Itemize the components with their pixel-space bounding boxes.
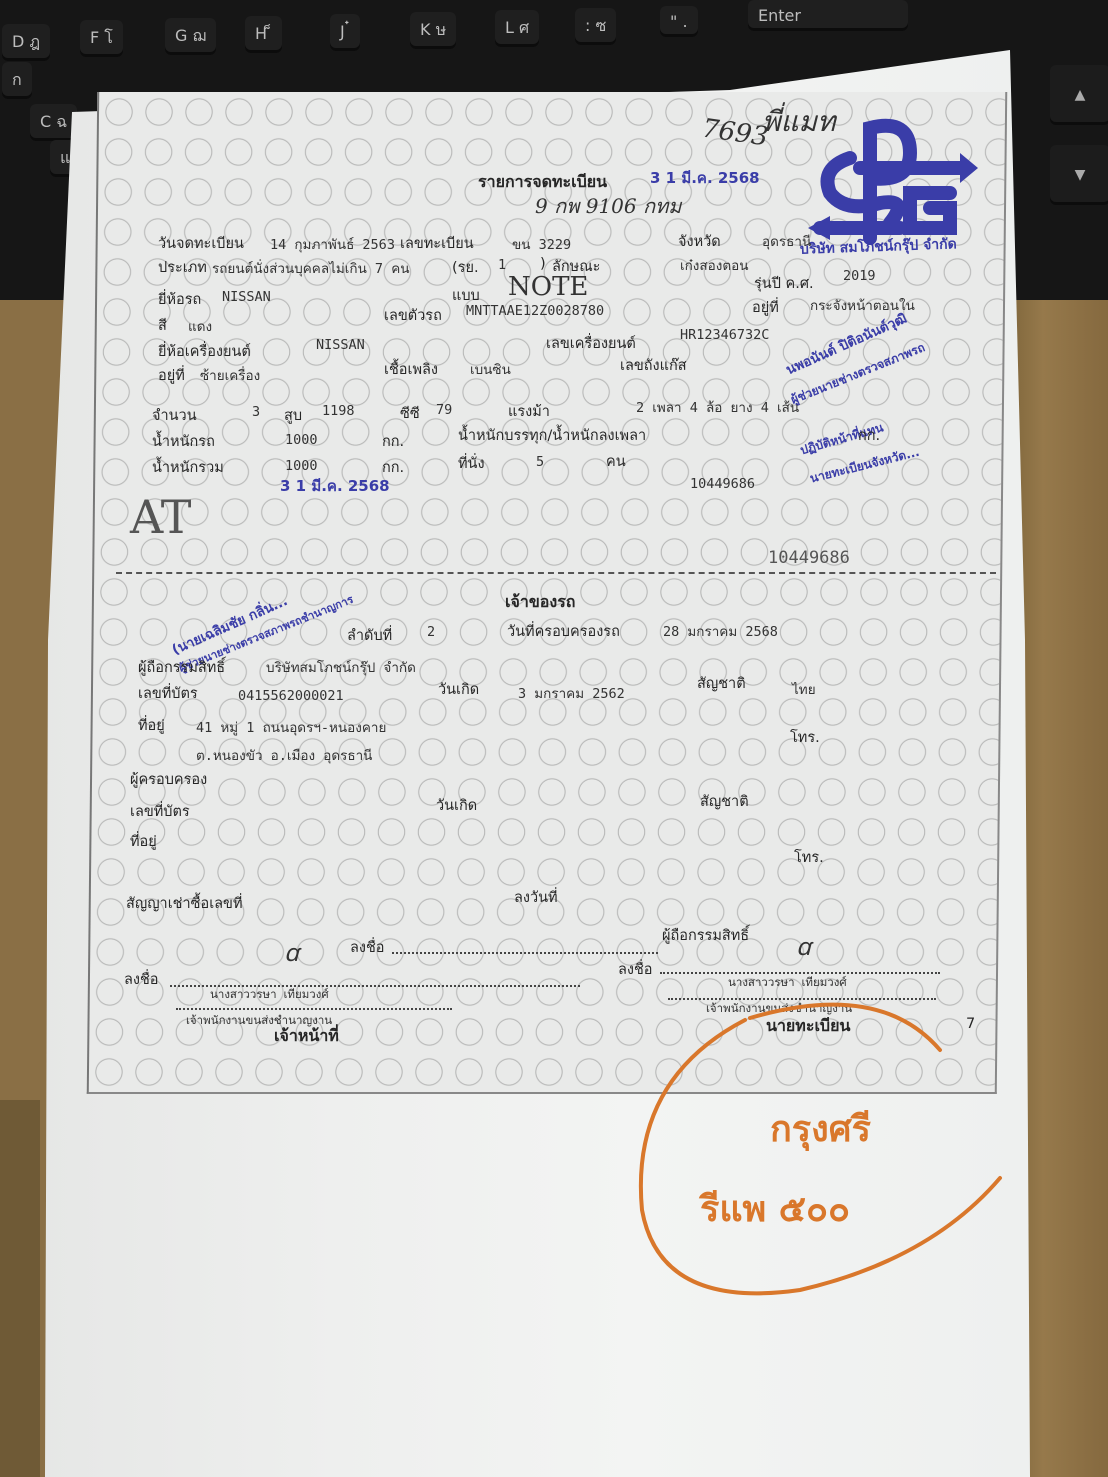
kg-unit: กก. bbox=[382, 430, 404, 453]
fuel: เบนซิน bbox=[470, 358, 511, 380]
vehicle-type: รถยนต์นั่งส่วนบุคคลไม่เกิน 7 คน bbox=[212, 257, 409, 279]
seats-unit: คน bbox=[606, 450, 626, 473]
owner-heading: เจ้าของรถ bbox=[505, 590, 575, 615]
owner-id-label: เลขที่บัตร bbox=[138, 682, 198, 705]
cc: 1198 bbox=[322, 403, 355, 419]
possessor-label: ผู้ครอบครอง bbox=[130, 768, 207, 791]
owner-phone-label: โทร. bbox=[790, 726, 820, 749]
hp-label: แรงม้า bbox=[508, 400, 550, 423]
owner-address-label: ที่อยู่ bbox=[138, 714, 165, 737]
owner-label: ผู้ถือกรรมสิทธิ์ bbox=[138, 656, 225, 679]
model-year: 2019 bbox=[843, 268, 876, 284]
engine-no-label: เลขเครื่องยนต์ bbox=[546, 332, 636, 355]
type-code: 1 bbox=[498, 257, 506, 273]
color-label: สี bbox=[158, 314, 167, 337]
owner-address-line1: 41 หมู่ 1 ถนนอุดรฯ-หนองคาย bbox=[196, 716, 386, 738]
owner-birth: 3 มกราคม 2562 bbox=[518, 682, 625, 704]
vehicle-weight: 1000 bbox=[285, 432, 318, 448]
order-label: ลำดับที่ bbox=[347, 624, 392, 647]
model: NOTE bbox=[508, 272, 588, 302]
possessor-nationality-label: สัญชาติ bbox=[700, 790, 749, 813]
perforation-line bbox=[116, 572, 996, 574]
chassis-number: MNTTAAE12Z0028780 bbox=[466, 303, 604, 319]
axles-wheels: 2 เพลา 4 ล้อ ยาง 4 เส้น bbox=[636, 396, 799, 418]
keyboard-key: ก bbox=[2, 62, 32, 99]
keyboard-key: K ษ bbox=[410, 12, 456, 49]
type-code-close: ) bbox=[540, 256, 546, 272]
possessor-birth-label: วันเกิด bbox=[436, 794, 477, 817]
keyboard-key: " . bbox=[660, 6, 698, 37]
seats: 5 bbox=[536, 454, 544, 470]
keyboard-key-enter: Enter bbox=[748, 0, 908, 31]
plate-number: ขน 3229 bbox=[512, 233, 571, 255]
possessor-id-label: เลขที่บัตร bbox=[130, 800, 190, 823]
handwritten-note-top: พี่แมท bbox=[762, 100, 835, 144]
registrar-signature: ꭤ bbox=[796, 930, 811, 963]
chassis-label: เลขตัวรถ bbox=[384, 304, 442, 327]
seats-label: ที่นั่ง bbox=[458, 452, 485, 475]
plate-label: เลขทะเบียน bbox=[400, 232, 474, 255]
vehicle-weight-label: น้ำหนักรถ bbox=[152, 430, 215, 453]
orange-note-line2: รีแพ ๕๐๐ bbox=[700, 1180, 850, 1237]
horsepower: 79 bbox=[436, 402, 452, 418]
owner-sign-line bbox=[392, 952, 658, 954]
vehicle-style: เก๋งสองตอน bbox=[680, 254, 748, 276]
order-number: 2 bbox=[427, 624, 435, 640]
possession-date: 28 มกราคม 2568 bbox=[663, 620, 778, 642]
gross-weight-label: น้ำหนักรวม bbox=[152, 456, 224, 479]
owner-address-line2: ต.หนองขัว อ.เมือง อุดรธานี bbox=[196, 744, 372, 766]
officer-name: นางสาววรษา เทียมวงศ์ bbox=[210, 986, 329, 1004]
engine-brand: NISSAN bbox=[316, 337, 365, 353]
gas-tank-label: เลขถังแก๊ส bbox=[620, 354, 687, 377]
load-weight-label: น้ำหนักบรรทุก/น้ำหนักลงเพลา bbox=[458, 424, 646, 447]
officer-name-line bbox=[176, 1008, 452, 1010]
wooden-desk-left bbox=[0, 1100, 40, 1477]
type-code-label: (รย. bbox=[452, 256, 479, 279]
date-stamp-2: 3 1 มี.ค. 2568 bbox=[280, 474, 390, 498]
registrar-sign-label: ลงชื่อ bbox=[618, 958, 653, 981]
owner-sign-role: ผู้ถือกรรมสิทธิ์ bbox=[662, 924, 749, 947]
engine-location: ซ้ายเครื่อง bbox=[200, 364, 260, 386]
orange-circle-annotation bbox=[600, 990, 1020, 1330]
possessor-address-label: ที่อยู่ bbox=[130, 830, 157, 853]
cylinders-unit: สูบ bbox=[284, 404, 302, 427]
officer-sign-label: ลงชื่อ bbox=[124, 968, 159, 991]
color: แดง bbox=[188, 315, 212, 337]
arrow-down-icon: ▼ bbox=[1050, 145, 1108, 205]
keyboard-key: H ็ bbox=[245, 16, 282, 53]
owner-sign-label: ลงชื่อ bbox=[350, 936, 385, 959]
serial-number: 10449686 bbox=[690, 476, 755, 492]
keyboard-key: D ฎ bbox=[2, 24, 50, 61]
cylinders-label: จำนวน bbox=[152, 404, 197, 427]
fuel-label: เชื้อเพลิง bbox=[384, 358, 438, 381]
keyboard-key: : ซ bbox=[575, 8, 616, 45]
keyboard-key: C ฉ bbox=[30, 104, 77, 141]
owner-name: บริษัทสมโภชน์กรุ๊ป จำกัด bbox=[266, 656, 416, 678]
province-label: จังหวัด bbox=[678, 230, 721, 253]
type-label: ประเภท bbox=[158, 256, 207, 279]
handwritten-initials: AT bbox=[130, 490, 191, 544]
reg-date: 14 กุมภาพันธ์ 2563 bbox=[270, 233, 395, 255]
officer-role: เจ้าหน้าที่ bbox=[274, 1024, 339, 1049]
load-weight-unit: กก. bbox=[858, 424, 880, 447]
orange-note-line1: กรุงศรี bbox=[770, 1100, 871, 1157]
owner-birth-label: วันเกิด bbox=[438, 678, 479, 701]
province: อุดรธานี bbox=[762, 230, 811, 252]
engine-number: HR12346732C bbox=[680, 327, 769, 343]
serial-number-tear: 10449686 bbox=[768, 548, 850, 568]
title-date-stamp: 3 1 มี.ค. 2568 bbox=[650, 166, 760, 190]
cylinders: 3 bbox=[252, 404, 260, 420]
owner-nationality-label: สัญชาติ bbox=[697, 672, 746, 695]
lease-label: สัญญาเช่าซื้อเลขที่ bbox=[126, 892, 243, 915]
handwritten-plate: 9 กพ 9106 กทม bbox=[535, 190, 681, 222]
possessor-phone-label: โทร. bbox=[794, 846, 824, 869]
model-year-label: รุ่นปี ค.ศ. bbox=[754, 272, 814, 295]
keyboard-key: G ฌ bbox=[165, 18, 216, 55]
engine-brand-label: ยี่ห้อเครื่องยนต์ bbox=[158, 340, 251, 363]
keyboard-key: L ศ bbox=[495, 10, 539, 47]
keyboard-key: J ๋ bbox=[330, 14, 360, 51]
reg-date-label: วันจดทะเบียน bbox=[158, 232, 244, 255]
arrow-up-icon: ▲ bbox=[1050, 65, 1108, 125]
brand: NISSAN bbox=[222, 289, 271, 305]
possession-date-label: วันที่ครอบครองรถ bbox=[507, 620, 620, 643]
engine-location-label: อยู่ที่ bbox=[158, 364, 185, 387]
lease-date-label: ลงวันที่ bbox=[514, 886, 558, 909]
chassis-location-label: อยู่ที่ bbox=[752, 296, 779, 319]
cc-label: ซีซี bbox=[400, 402, 420, 425]
keyboard-key: F โ bbox=[80, 20, 123, 57]
owner-nationality: ไทย bbox=[792, 678, 816, 700]
gross-weight: 1000 bbox=[285, 458, 318, 474]
owner-signature: ꭤ bbox=[284, 936, 299, 969]
owner-id: 0415562000021 bbox=[238, 688, 344, 704]
brand-label: ยี่ห้อรถ bbox=[158, 288, 201, 311]
